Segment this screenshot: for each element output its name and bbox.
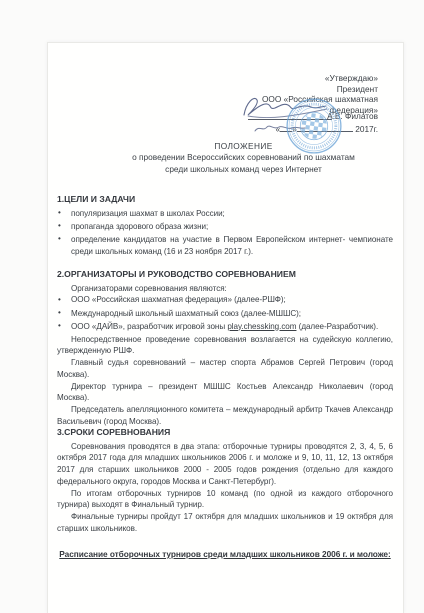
section-organizers: 2.ОРГАНИЗАТОРЫ И РУКОВОДСТВО СОРЕВНОВАНИ… (57, 269, 393, 427)
document-content: «Утверждаю» Президент ООО «Российская ша… (48, 43, 403, 600)
bullet-icon: • (58, 307, 61, 319)
paragraph: Директор турнира – президент МШШС Костье… (57, 381, 393, 404)
bullet-icon: • (58, 320, 61, 332)
section-dates-heading: 3.СРОКИ СОРЕВНОВАНИЯ (57, 427, 393, 439)
section-dates: 3.СРОКИ СОРЕВНОВАНИЯ Соревнования провод… (57, 427, 393, 534)
bullet-icon: • (58, 207, 61, 219)
list-item: •Международный школьный шахматный союз (… (57, 308, 393, 320)
document-page: «Утверждаю» Президент ООО «Российская ша… (47, 42, 404, 600)
paragraph: Председатель апелляционного комитета – м… (57, 404, 393, 427)
paragraph: По итогам отборочных турниров 10 команд … (57, 488, 393, 511)
goal-text: определение кандидатов на участие в Перв… (71, 235, 393, 256)
paragraph: Главный судья соревнований – мастер спор… (57, 357, 393, 380)
organizer-text: ООО «ДАЙВ», разработчик игровой зоны (71, 322, 227, 331)
list-item: •ООО «Российская шахматная федерация» (д… (57, 294, 393, 306)
section-organizers-heading: 2.ОРГАНИЗАТОРЫ И РУКОВОДСТВО СОРЕВНОВАНИ… (57, 269, 393, 281)
section-goals-heading: 1.ЦЕЛИ И ЗАДАЧИ (57, 194, 393, 206)
organizer-text: (далее-Разработчик). (296, 322, 378, 331)
schedule-heading-block: Расписание отборочных турниров среди мла… (57, 549, 393, 561)
organizer-text: Международный школьный шахматный союз (д… (71, 309, 301, 318)
section-goals: 1.ЦЕЛИ И ЗАДАЧИ •популяризация шахмат в … (57, 194, 393, 259)
organizers-list: •ООО «Российская шахматная федерация» (д… (57, 294, 393, 332)
bullet-icon: • (58, 233, 61, 245)
document-body: 1.ЦЕЛИ И ЗАДАЧИ •популяризация шахмат в … (57, 43, 393, 600)
goal-text: пропаганда здорового образа жизни; (71, 222, 208, 231)
goal-text: популяризация шахмат в школах России; (71, 209, 225, 218)
list-item: •ООО «ДАЙВ», разработчик игровой зоны pl… (57, 321, 393, 333)
bullet-icon: • (58, 220, 61, 232)
list-item: •определение кандидатов на участие в Пер… (57, 234, 393, 257)
schedule-heading: Расписание отборочных турниров среди мла… (59, 549, 390, 559)
bullet-icon: • (58, 294, 61, 306)
list-item: •пропаганда здорового образа жизни; (57, 221, 393, 233)
goals-list: •популяризация шахмат в школах России; •… (57, 208, 393, 258)
paragraph: Соревнования проводятся в два этапа: отб… (57, 441, 393, 488)
paragraph: Финальные турниры пройдут 17 октября для… (57, 511, 393, 534)
organizer-text: ООО «Российская шахматная федерация» (да… (71, 295, 286, 304)
paragraph: Непосредственное проведение соревнования… (57, 334, 393, 357)
list-item: •популяризация шахмат в школах России; (57, 208, 393, 220)
chessking-link[interactable]: play.chessking.com (227, 322, 296, 331)
organizers-intro: Организаторами соревнования являются: (57, 283, 393, 295)
